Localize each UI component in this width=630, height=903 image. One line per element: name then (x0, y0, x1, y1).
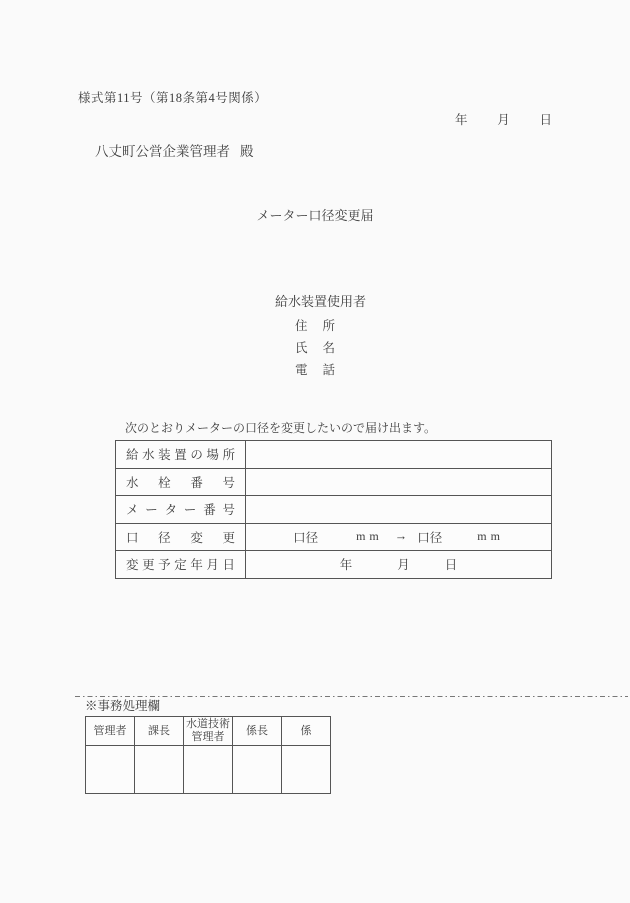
document-page: 様式第11号（第18条第4号関係） 年 月 日 八丈町公営企業管理者 殿 メータ… (0, 0, 630, 903)
table-row-diameter-change: 口径変更 口径 mm → 口径 mm (116, 523, 552, 551)
diameter-from-label: 口径 (293, 528, 318, 546)
tap-number-label-cell: 水栓番号 (116, 468, 246, 496)
diameter-to-label: 口径 (417, 528, 442, 546)
place-value-cell (246, 441, 552, 469)
office-stamp-cell-section-chief (135, 746, 184, 794)
table-row-place: 給水装置の場所 (116, 441, 552, 469)
diameter-change-value-cell: 口径 mm → 口径 mm (246, 523, 552, 551)
scheduled-date-label: 変更予定年月日 (126, 555, 235, 573)
tap-number-value-cell (246, 468, 552, 496)
scheduled-date-value: 年 月 日 (246, 555, 551, 573)
issue-date-day-label: 日 (539, 110, 552, 128)
table-row-meter-number: メーター番号 (116, 496, 552, 524)
office-col-water-tech-manager: 水道技術管理者 (184, 717, 233, 746)
office-col-subsection-chief: 係長 (233, 717, 282, 746)
office-stamp-cell-water-tech-manager (184, 746, 233, 794)
form-title: メーター口径変更届 (0, 205, 630, 224)
applicant-address-label: 住所 (295, 316, 335, 334)
table-row-tap-number: 水栓番号 (116, 468, 552, 496)
place-label-cell: 給水装置の場所 (116, 441, 246, 469)
office-header-row: 管理者 課長 水道技術管理者 係長 係 (86, 717, 331, 746)
tap-number-label: 水栓番号 (126, 473, 235, 491)
place-label: 給水装置の場所 (126, 445, 235, 463)
office-section-heading: ※事務処理欄 (85, 699, 160, 714)
meter-number-label: メーター番号 (126, 500, 235, 518)
applicant-name-label: 氏名 (295, 338, 335, 356)
issue-date-month-label: 月 (497, 110, 510, 128)
dashed-separator (75, 696, 628, 697)
issue-date-line: 年 月 日 (455, 110, 552, 128)
applicant-phone-label: 電話 (295, 360, 335, 378)
diameter-change-label: 口径変更 (126, 528, 235, 546)
office-approval-table: 管理者 課長 水道技術管理者 係長 係 (85, 716, 331, 794)
scheduled-date-label-cell: 変更予定年月日 (116, 551, 246, 579)
meter-number-label-cell: メーター番号 (116, 496, 246, 524)
office-stamp-cell-manager (86, 746, 135, 794)
arrow-icon: → (395, 529, 408, 544)
intro-sentence: 次のとおりメーターの口径を変更したいので届け出ます。 (125, 419, 436, 436)
table-row-scheduled-date: 変更予定年月日 年 月 日 (116, 551, 552, 579)
scheduled-year-label: 年 (340, 555, 353, 573)
scheduled-date-value-cell: 年 月 日 (246, 551, 552, 579)
office-stamp-cell-subsection-chief (233, 746, 282, 794)
addressee-name: 八丈町公営企業管理者 (95, 140, 230, 160)
diameter-change-value: 口径 mm → 口径 mm (246, 528, 551, 546)
applicant-heading: 給水装置使用者 (275, 291, 366, 310)
form-number: 様式第11号（第18条第4号関係） (78, 88, 267, 106)
office-col-section-chief: 課長 (135, 717, 184, 746)
addressee-honorific: 殿 (240, 140, 254, 160)
meter-number-value-cell (246, 496, 552, 524)
scheduled-day-label: 日 (445, 555, 458, 573)
office-col-manager: 管理者 (86, 717, 135, 746)
office-stamp-row (86, 746, 331, 794)
issue-date-year-label: 年 (455, 110, 468, 128)
addressee-line: 八丈町公営企業管理者 殿 (95, 140, 254, 160)
office-col-staff: 係 (282, 717, 331, 746)
office-stamp-cell-staff (282, 746, 331, 794)
scheduled-month-label: 月 (397, 555, 410, 573)
diameter-change-label-cell: 口径変更 (116, 523, 246, 551)
main-form-table: 給水装置の場所 水栓番号 メーター番号 口径変更 (115, 440, 552, 579)
diameter-to-unit: mm (477, 529, 504, 544)
diameter-from-unit: mm (356, 529, 383, 544)
